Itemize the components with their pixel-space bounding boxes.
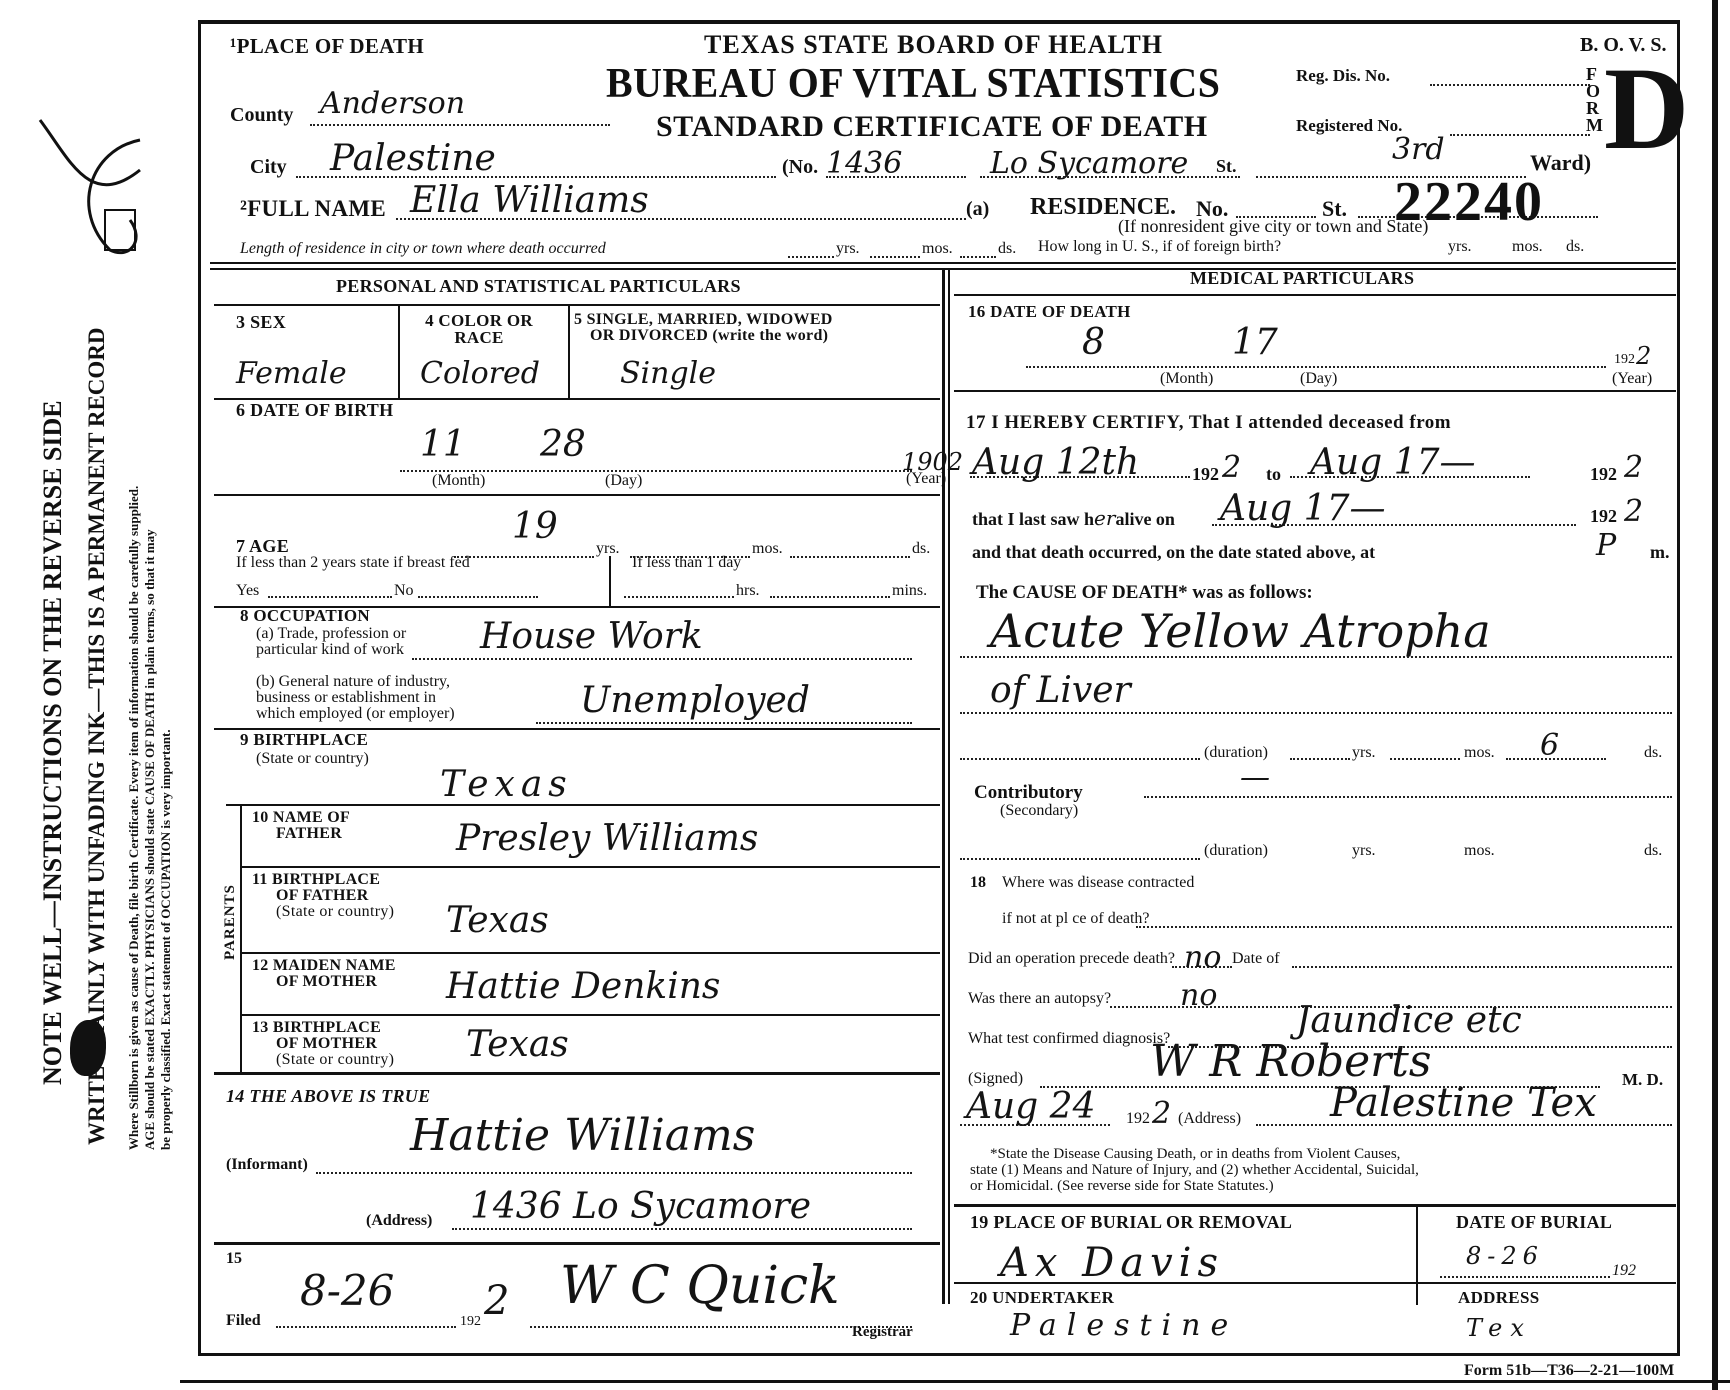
filed-number: 15 bbox=[226, 1250, 242, 1268]
divider bbox=[214, 1242, 940, 1245]
divider bbox=[242, 866, 940, 868]
cause-line-1-value: Acute Yellow Atropha bbox=[990, 604, 1491, 658]
marital-label: 5 SINGLE, MARRIED, WIDOWEDOR DIVORCED (w… bbox=[574, 312, 833, 344]
duration-yrs-field[interactable] bbox=[1290, 758, 1350, 760]
attended-from-value: Aug 12th bbox=[972, 442, 1139, 483]
test-confirmed-value: Jaundice etc bbox=[1296, 1000, 1522, 1041]
age-ds-label: ds. bbox=[912, 540, 930, 558]
date-of-death-label: 16 DATE OF DEATH bbox=[968, 302, 1131, 322]
personal-section-title: PERSONAL AND STATISTICAL PARTICULARS bbox=[336, 276, 741, 297]
contributory-duration-label: (duration) bbox=[1204, 842, 1268, 860]
dod-year-prefix: 192 bbox=[1614, 352, 1635, 368]
mos-label: mos. bbox=[922, 240, 953, 258]
column-divider bbox=[942, 268, 945, 1304]
attended-from-year: 2 bbox=[1222, 450, 1241, 485]
contributory-mos-label: mos. bbox=[1464, 842, 1495, 860]
ward-value: 3rd bbox=[1392, 132, 1445, 167]
last-saw-value: Aug 17— bbox=[1220, 488, 1385, 529]
us-yrs-label: yrs. bbox=[1448, 238, 1472, 256]
residence-yrs-field[interactable] bbox=[788, 256, 834, 258]
cause-line-2-field[interactable] bbox=[960, 712, 1672, 714]
medical-section-title: MEDICAL PARTICULARS bbox=[1190, 268, 1414, 289]
scribble-mark-icon bbox=[30, 100, 170, 300]
mother-name-value: Hattie Denkins bbox=[446, 966, 720, 1007]
father-name-value: Presley Williams bbox=[456, 818, 758, 859]
street-no-field[interactable] bbox=[826, 176, 966, 178]
breast-fed-label: If less than 2 years state if breast fed bbox=[236, 554, 470, 572]
date-of-death-field[interactable] bbox=[1026, 366, 1606, 368]
father-birthplace-value: Texas bbox=[446, 900, 549, 941]
month-caption: (Month) bbox=[432, 472, 485, 490]
footnote: *State the Disease Causing Death, or in … bbox=[970, 1146, 1419, 1194]
divider bbox=[398, 306, 400, 400]
father-birthplace-label: 11 BIRTHPLACEOF FATHER(State or country) bbox=[252, 872, 394, 920]
divider bbox=[954, 1204, 1676, 1207]
undertaker-label: 20 UNDERTAKER bbox=[970, 1288, 1114, 1308]
signed-date-value: Aug 24 bbox=[966, 1086, 1095, 1127]
divider bbox=[180, 1380, 1730, 1383]
yrs-label: yrs. bbox=[836, 240, 860, 258]
full-name-value: Ella Williams bbox=[410, 180, 649, 221]
filed-label: Filed bbox=[226, 1312, 261, 1330]
sex-value: Female bbox=[236, 356, 347, 391]
contributory-field[interactable] bbox=[1144, 796, 1672, 798]
divider bbox=[214, 304, 940, 306]
dod-year-caption: (Year) bbox=[1612, 370, 1652, 388]
m-label: m. bbox=[1650, 542, 1670, 563]
undertaker-address-value: Tex bbox=[1466, 1314, 1532, 1342]
occupation-a-label: (a) Trade, profession orparticular kind … bbox=[256, 626, 406, 658]
divider bbox=[240, 806, 242, 1072]
occupation-a-value: House Work bbox=[480, 616, 703, 657]
last-saw-year: 2 bbox=[1624, 494, 1643, 529]
instructions-line-2: AGE should be stated EXACTLY. PHYSICIANS… bbox=[142, 529, 158, 1150]
divider bbox=[954, 294, 1676, 296]
physician-address-value: Palestine Tex bbox=[1330, 1080, 1597, 1126]
secondary-label: (Secondary) bbox=[1000, 802, 1078, 820]
registrar-signature: W C Quick bbox=[560, 1256, 840, 1316]
autopsy-value: no bbox=[1180, 978, 1217, 1013]
duration-yrs-label: yrs. bbox=[1352, 744, 1376, 762]
age-mos-label: mos. bbox=[752, 540, 783, 558]
reg-dis-label: Reg. Dis. No. bbox=[1296, 66, 1390, 86]
race-label: 4 COLOR ORRACE bbox=[404, 312, 554, 346]
divider bbox=[954, 390, 1676, 392]
registrar-label: Registrar bbox=[852, 1324, 913, 1341]
breast-fed-no-field[interactable] bbox=[418, 596, 538, 598]
note-well-text: NOTE WELL—INSTRUCTIONS ON THE REVERSE SI… bbox=[38, 400, 68, 1085]
street-name-field[interactable] bbox=[980, 176, 1240, 178]
column-divider bbox=[948, 268, 950, 1304]
filed-year-prefix: 192 bbox=[460, 1314, 481, 1330]
father-name-label: 10 NAME OFFATHER bbox=[252, 810, 350, 842]
instructions-line-1: Where Stillborn is given as cause of Dea… bbox=[126, 486, 142, 1150]
form-vertical-label: FORM bbox=[1586, 66, 1606, 134]
burial-year-prefix: 192 bbox=[1612, 1262, 1636, 1280]
operation-date-field[interactable] bbox=[1292, 966, 1672, 968]
death-occurred-label: and that death occurred, on the date sta… bbox=[972, 542, 1375, 563]
divider bbox=[242, 952, 940, 954]
instructions-line-3: be properly classified. Exact statement … bbox=[158, 729, 174, 1150]
death-time-value: P bbox=[1596, 528, 1616, 563]
burial-date-value: 8-26 bbox=[1466, 1242, 1544, 1270]
less-than-day-label: If less than 1 day bbox=[632, 554, 741, 572]
divider bbox=[954, 1282, 1676, 1284]
marital-value: Single bbox=[620, 356, 716, 391]
divider bbox=[609, 556, 611, 608]
occupation-b-field[interactable] bbox=[536, 722, 912, 724]
dod-day: 17 bbox=[1232, 322, 1278, 363]
age-yrs-label: yrs. bbox=[596, 540, 620, 558]
street-no-label: (No. bbox=[782, 156, 818, 179]
nonresident-note: (If nonresident give city or town and St… bbox=[1118, 216, 1428, 237]
day-caption: (Day) bbox=[605, 472, 642, 490]
informant-address-field[interactable] bbox=[452, 1228, 912, 1230]
ds-label: ds. bbox=[998, 240, 1016, 258]
burial-place-value: Ax Davis bbox=[1000, 1240, 1224, 1286]
dod-year-value: 2 bbox=[1636, 342, 1651, 370]
form-code: Form 51b—T36—2-21—100M bbox=[1464, 1362, 1674, 1380]
residence-mos-field[interactable] bbox=[870, 256, 920, 258]
duration-days-value: 6 bbox=[1540, 728, 1559, 763]
contributory-yrs-label: yrs. bbox=[1352, 842, 1376, 860]
county-value: Anderson bbox=[320, 86, 465, 121]
contributory-label: Contributory bbox=[974, 782, 1083, 804]
birthplace-value: Texas bbox=[440, 764, 573, 805]
city-label: City bbox=[250, 156, 287, 179]
mother-birthplace-label: 13 BIRTHPLACEOF MOTHER(State or country) bbox=[252, 1020, 394, 1068]
birthplace-sub-label: (State or country) bbox=[256, 750, 369, 768]
filed-date-value: 8-26 bbox=[300, 1266, 394, 1315]
page-edge bbox=[1712, 0, 1718, 1390]
breast-fed-yes-field[interactable] bbox=[268, 596, 392, 598]
attended-to-year: 2 bbox=[1624, 450, 1643, 485]
hrs-label: hrs. bbox=[736, 582, 760, 600]
attended-to-value: Aug 17— bbox=[1310, 442, 1475, 483]
dod-day-caption: (Day) bbox=[1300, 370, 1337, 388]
dob-label: 6 DATE OF BIRTH bbox=[236, 400, 393, 421]
dob-day: 28 bbox=[540, 424, 586, 465]
year-caption: (Year) bbox=[906, 470, 946, 488]
md-label: M. D. bbox=[1622, 1070, 1663, 1090]
dod-month-caption: (Month) bbox=[1160, 370, 1213, 388]
contributory-ds-label: ds. bbox=[1644, 842, 1662, 860]
dob-month: 11 bbox=[420, 424, 466, 465]
residence-ds-field[interactable] bbox=[960, 256, 996, 258]
filed-date-field[interactable] bbox=[276, 1326, 456, 1328]
street-label: St. bbox=[1216, 156, 1237, 177]
board-title: TEXAS STATE BOARD OF HEALTH bbox=[704, 30, 1163, 60]
q18-number: 18 bbox=[970, 874, 986, 892]
county-label: County bbox=[230, 104, 293, 127]
certificate-title: STANDARD CERTIFICATE OF DEATH bbox=[656, 110, 1208, 144]
no-label: No bbox=[394, 582, 414, 600]
duration-field[interactable] bbox=[960, 758, 1200, 760]
birthplace-label: 9 BIRTHPLACE bbox=[240, 730, 368, 750]
operation-label: Did an operation precede death? bbox=[968, 950, 1175, 968]
cause-of-death-label: The CAUSE OF DEATH* was as follows: bbox=[976, 582, 1313, 604]
last-saw-label: that I last saw heralive on bbox=[972, 506, 1175, 530]
yes-label: Yes bbox=[236, 582, 259, 600]
q18-line-2: if not at pl ce of death? bbox=[1002, 910, 1150, 928]
county-field[interactable] bbox=[310, 124, 610, 126]
duration-ds-label: ds. bbox=[1644, 744, 1662, 762]
informant-value: Hattie Williams bbox=[410, 1110, 755, 1161]
divider bbox=[214, 1072, 940, 1075]
hrs-field[interactable] bbox=[624, 596, 734, 598]
q18-line-1: Where was disease contracted bbox=[1002, 874, 1194, 892]
informant-address-value: 1436 Lo Sycamore bbox=[470, 1186, 811, 1227]
test-confirmed-label: What test confirmed diagnosis? bbox=[968, 1030, 1170, 1048]
certify-statement: 17 I HEREBY CERTIFY, That I attended dec… bbox=[966, 412, 1451, 434]
parents-side-label: PARENTS bbox=[222, 884, 239, 960]
us-ds-label: ds. bbox=[1566, 238, 1584, 256]
attended-to-year-prefix: 192 bbox=[1590, 464, 1617, 485]
registered-field[interactable] bbox=[1450, 134, 1590, 136]
autopsy-label: Was there an autopsy? bbox=[968, 990, 1111, 1008]
divider bbox=[1416, 1207, 1418, 1305]
signed-year-prefix: 192 bbox=[1126, 1110, 1150, 1128]
divider bbox=[210, 262, 1676, 264]
ink-blot bbox=[70, 1020, 106, 1076]
burial-place-label: 19 PLACE OF BURIAL OR REMOVAL bbox=[970, 1212, 1292, 1233]
divider bbox=[214, 494, 940, 496]
contributory-value: — bbox=[1240, 760, 1270, 795]
reg-dis-field[interactable] bbox=[1430, 84, 1590, 86]
bureau-title: BUREAU OF VITAL STATISTICS bbox=[606, 60, 1220, 108]
undertaker-value: Palestine bbox=[1010, 1308, 1238, 1343]
city-value: Palestine bbox=[330, 138, 496, 179]
cause-line-2-value: of Liver bbox=[990, 670, 1131, 711]
mins-label: mins. bbox=[892, 582, 927, 600]
sex-label: 3 SEX bbox=[236, 312, 286, 333]
form-d-letter: D bbox=[1604, 50, 1689, 168]
occupation-a-field[interactable] bbox=[412, 658, 912, 660]
duration-mos-field[interactable] bbox=[1390, 758, 1460, 760]
burial-date-label: DATE OF BURIAL bbox=[1456, 1212, 1612, 1233]
length-residence-label: Length of residence in city or town wher… bbox=[240, 240, 606, 258]
burial-date-field[interactable] bbox=[1440, 1276, 1610, 1278]
informant-address-label: (Address) bbox=[366, 1212, 432, 1230]
how-long-us-label: How long in U. S., if of foreign birth? bbox=[1038, 238, 1281, 256]
mother-name-label: 12 MAIDEN NAMEOF MOTHER bbox=[252, 958, 396, 990]
contributory-duration-field[interactable] bbox=[960, 858, 1200, 860]
divider bbox=[242, 1014, 940, 1016]
occupation-b-value: Unemployed bbox=[580, 680, 810, 721]
mins-field[interactable] bbox=[770, 596, 890, 598]
date-of-label: Date of bbox=[1232, 950, 1280, 968]
divider bbox=[568, 306, 570, 400]
age-years-field[interactable] bbox=[454, 556, 594, 558]
to-label: to bbox=[1266, 464, 1281, 485]
divider bbox=[226, 804, 940, 806]
dod-month: 8 bbox=[1082, 322, 1105, 363]
full-name-label: ²FULL NAME bbox=[240, 196, 386, 222]
race-value: Colored bbox=[420, 356, 540, 391]
attended-from-year-prefix: 192 bbox=[1192, 464, 1219, 485]
mother-birthplace-value: Texas bbox=[466, 1024, 569, 1065]
physician-address-label: (Address) bbox=[1178, 1110, 1241, 1128]
age-ds-field[interactable] bbox=[790, 556, 910, 558]
side-margin: NOTE WELL—INSTRUCTIONS ON THE REVERSE SI… bbox=[0, 0, 200, 1390]
us-mos-label: mos. bbox=[1512, 238, 1543, 256]
q18-field[interactable] bbox=[1136, 926, 1672, 928]
informant-field[interactable] bbox=[316, 1172, 912, 1174]
duration-mos-label: mos. bbox=[1464, 744, 1495, 762]
operation-value: no bbox=[1184, 940, 1221, 975]
last-saw-year-prefix: 192 bbox=[1590, 506, 1617, 527]
registered-label: Registered No. bbox=[1296, 116, 1402, 136]
above-true-label: 14 THE ABOVE IS TRUE bbox=[226, 1086, 430, 1107]
place-of-death-label: ¹PLACE OF DEATH bbox=[230, 34, 424, 59]
a-marker: (a) bbox=[966, 198, 989, 221]
informant-label: (Informant) bbox=[226, 1156, 308, 1174]
undertaker-address-label: ADDRESS bbox=[1458, 1288, 1539, 1308]
signed-year-value: 2 bbox=[1152, 1096, 1171, 1131]
occupation-b-label: (b) General nature of industry,business … bbox=[256, 674, 455, 722]
occupation-label: 8 OCCUPATION bbox=[240, 606, 370, 626]
age-years-value: 19 bbox=[512, 506, 558, 547]
filed-year-value: 2 bbox=[484, 1278, 509, 1324]
